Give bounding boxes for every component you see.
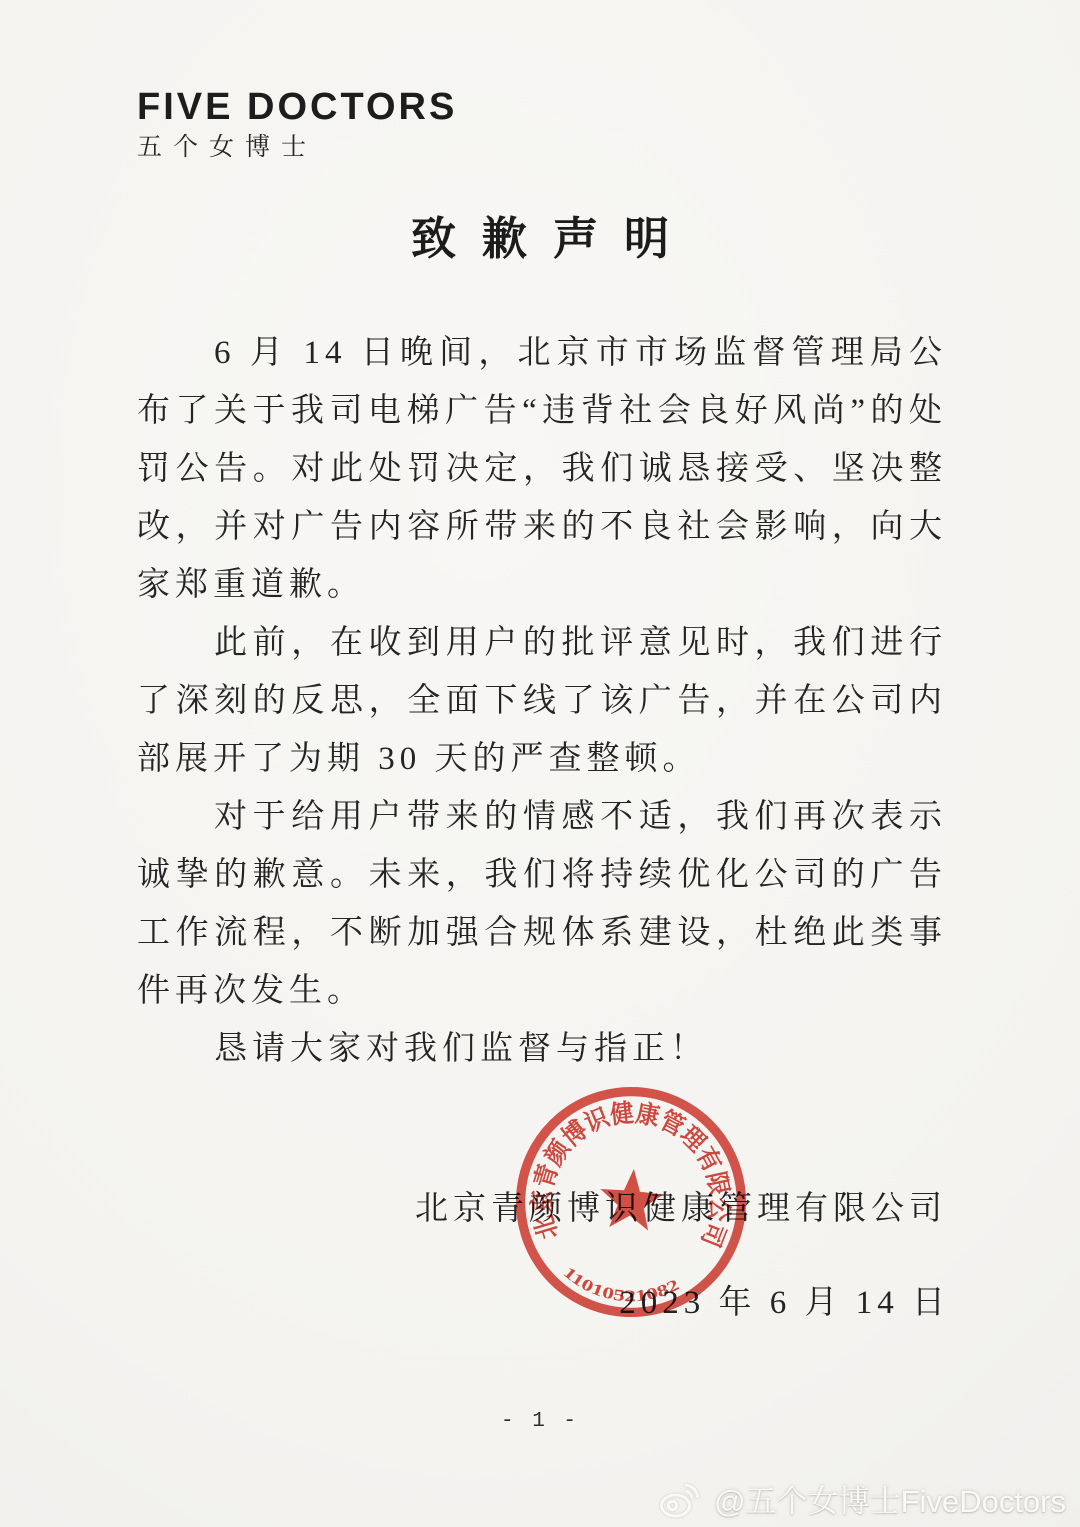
company-seal-stamp: 北京青颜博识健康管理有限公司 11010521082 xyxy=(493,1059,769,1344)
weibo-logo-icon xyxy=(659,1480,705,1518)
weibo-watermark: @五个女博士FiveDoctors xyxy=(659,1476,1066,1521)
paragraph-ad-removal: 此前，在收到用户的批评意见时，我们进行了深刻的反思，全面下线了该广告，并在公司内… xyxy=(137,614,947,788)
page-number: - 1 - xyxy=(0,1410,1080,1433)
brand-logo-zh: 五个女博士 xyxy=(137,135,457,160)
brand-logo: FIVE DOCTORS 五个女博士 xyxy=(137,88,457,160)
brand-logo-en: FIVE DOCTORS xyxy=(137,88,457,126)
red-star-icon xyxy=(597,1166,665,1231)
watermark-text: @五个女博士FiveDoctors xyxy=(714,1476,1066,1521)
document-title: 致歉声明 xyxy=(0,202,1080,267)
document-body: 6 月 14 日晚间，北京市市场监督管理局公布了关于我司电梯广告“违背社会良好风… xyxy=(137,324,947,1078)
paragraph-penalty-announcement: 6 月 14 日晚间，北京市市场监督管理局公布了关于我司电梯广告“违背社会良好风… xyxy=(137,324,947,614)
apology-letter-page: FIVE DOCTORS 五个女博士 致歉声明 6 月 14 日晚间，北京市市场… xyxy=(0,0,1080,1527)
paragraph-future-measures: 对于给用户带来的情感不适，我们再次表示诚挚的歉意。未来，我们将持续优化公司的广告… xyxy=(137,788,947,1020)
